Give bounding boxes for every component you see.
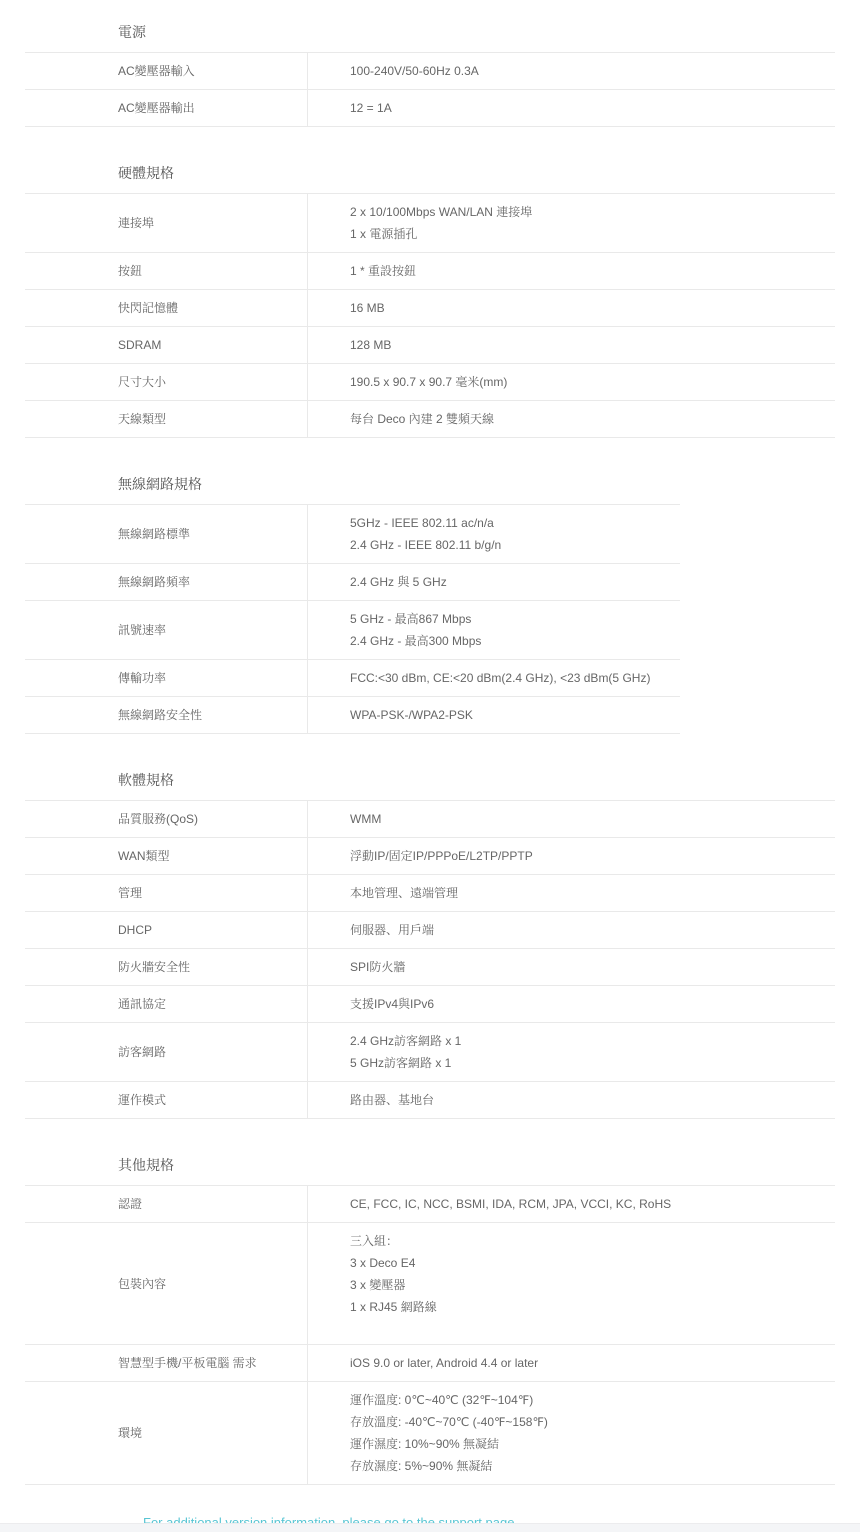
- spec-value-line: 運作溫度: 0℃~40℃ (32℉~104℉): [350, 1389, 825, 1411]
- spec-label: 按鈕: [25, 253, 308, 289]
- spec-row: 訊號速率5 GHz - 最高867 Mbps2.4 GHz - 最高300 Mb…: [25, 601, 680, 660]
- spec-value-line: 2 x 10/100Mbps WAN/LAN 連接埠: [350, 201, 825, 223]
- spec-value-line: 1 x 電源插孔: [350, 223, 825, 245]
- spec-label-text: 無線網路安全性: [118, 704, 202, 726]
- spec-label-text: 通訊協定: [118, 993, 166, 1015]
- spec-value: 支援IPv4與IPv6: [308, 986, 835, 1022]
- spec-value: 路由器、基地台: [308, 1082, 835, 1118]
- spec-value: 伺服器、用戶端: [308, 912, 835, 948]
- spec-value: 5 GHz - 最高867 Mbps2.4 GHz - 最高300 Mbps: [308, 601, 680, 659]
- spec-value-line: 本地管理、遠端管理: [350, 882, 825, 904]
- spec-value: 12 = 1A: [308, 90, 835, 126]
- spec-label: WAN類型: [25, 838, 308, 874]
- spec-label: 管理: [25, 875, 308, 911]
- spec-section: 無線網路規格無線網路標準5GHz - IEEE 802.11 ac/n/a2.4…: [25, 474, 680, 734]
- spec-row: WAN類型浮動IP/固定IP/PPPoE/L2TP/PPTP: [25, 838, 835, 875]
- spec-value-line: 1 x RJ45 網路線: [350, 1296, 825, 1318]
- spec-label: 包裝內容: [25, 1223, 308, 1344]
- section-title: 無線網路規格: [25, 474, 680, 494]
- spec-row: 防火牆安全性SPI防火牆: [25, 949, 835, 986]
- spec-label-text: 天線類型: [118, 408, 166, 430]
- spec-value: SPI防火牆: [308, 949, 835, 985]
- spec-value-line: 2.4 GHz - 最高300 Mbps: [350, 630, 670, 652]
- spec-label-text: 無線網路頻率: [118, 571, 190, 593]
- spec-label: 無線網路標準: [25, 505, 308, 563]
- spec-row: 無線網路標準5GHz - IEEE 802.11 ac/n/a2.4 GHz -…: [25, 505, 680, 564]
- spec-value-line: 存放濕度: 5%~90% 無凝結: [350, 1455, 825, 1477]
- spec-value: CE, FCC, IC, NCC, BSMI, IDA, RCM, JPA, V…: [308, 1186, 835, 1222]
- spec-label: 環境: [25, 1382, 308, 1484]
- spec-value: iOS 9.0 or later, Android 4.4 or later: [308, 1345, 835, 1381]
- spec-value-line: 每台 Deco 內建 2 雙頻天線: [350, 408, 825, 430]
- spec-value: 190.5 x 90.7 x 90.7 毫米(mm): [308, 364, 835, 400]
- spec-value-line: SPI防火牆: [350, 956, 825, 978]
- spec-section: 電源AC變壓器輸入100-240V/50-60Hz 0.3AAC變壓器輸出12 …: [25, 22, 835, 127]
- spec-value-line: 2.4 GHz - IEEE 802.11 b/g/n: [350, 534, 670, 556]
- spec-value-line: 存放溫度: -40℃~70℃ (-40℉~158℉): [350, 1411, 825, 1433]
- spec-row: 認證CE, FCC, IC, NCC, BSMI, IDA, RCM, JPA,…: [25, 1186, 835, 1223]
- spec-row: 無線網路安全性WPA-PSK-/WPA2-PSK: [25, 697, 680, 734]
- spec-section: 其他規格認證CE, FCC, IC, NCC, BSMI, IDA, RCM, …: [25, 1155, 835, 1485]
- spec-value: 本地管理、遠端管理: [308, 875, 835, 911]
- spec-value: 2.4 GHz訪客網路 x 15 GHz訪客網路 x 1: [308, 1023, 835, 1081]
- spec-value: 128 MB: [308, 327, 835, 363]
- spec-section: 軟體規格品質服務(QoS)WMMWAN類型浮動IP/固定IP/PPPoE/L2T…: [25, 770, 835, 1119]
- spec-value: 浮動IP/固定IP/PPPoE/L2TP/PPTP: [308, 838, 835, 874]
- spec-value: 5GHz - IEEE 802.11 ac/n/a2.4 GHz - IEEE …: [308, 505, 680, 563]
- spec-label-text: 智慧型手機/平板電腦 需求: [118, 1352, 257, 1374]
- spec-value: 每台 Deco 內建 2 雙頻天線: [308, 401, 835, 437]
- spec-label-text: 包裝內容: [118, 1273, 166, 1295]
- spec-rows: 認證CE, FCC, IC, NCC, BSMI, IDA, RCM, JPA,…: [25, 1185, 835, 1485]
- spec-label: 品質服務(QoS): [25, 801, 308, 837]
- spec-value-line: 伺服器、用戶端: [350, 919, 825, 941]
- section-title: 硬體規格: [25, 163, 835, 183]
- spec-value: 2.4 GHz 與 5 GHz: [308, 564, 680, 600]
- spec-value: 運作溫度: 0℃~40℃ (32℉~104℉)存放溫度: -40℃~70℃ (-…: [308, 1382, 835, 1484]
- spec-label: 尺寸大小: [25, 364, 308, 400]
- spec-label: 傳輸功率: [25, 660, 308, 696]
- spec-value: 2 x 10/100Mbps WAN/LAN 連接埠1 x 電源插孔: [308, 194, 835, 252]
- spec-value-line: 三入組：: [350, 1230, 825, 1252]
- spec-label-text: 訊號速率: [118, 619, 166, 641]
- spec-row: 品質服務(QoS)WMM: [25, 801, 835, 838]
- spec-row: 管理本地管理、遠端管理: [25, 875, 835, 912]
- spec-label-text: 品質服務(QoS): [118, 808, 198, 830]
- spec-value: WMM: [308, 801, 835, 837]
- spec-label: 防火牆安全性: [25, 949, 308, 985]
- spec-label: SDRAM: [25, 327, 308, 363]
- spec-label: 連接埠: [25, 194, 308, 252]
- spec-value-line: 190.5 x 90.7 x 90.7 毫米(mm): [350, 371, 825, 393]
- spec-label-text: WAN類型: [118, 845, 170, 867]
- spec-label: AC變壓器輸入: [25, 53, 308, 89]
- spec-label: 運作模式: [25, 1082, 308, 1118]
- spec-value: 100-240V/50-60Hz 0.3A: [308, 53, 835, 89]
- spec-label-text: SDRAM: [118, 334, 161, 356]
- spec-value-line: 16 MB: [350, 297, 825, 319]
- bottom-strip: [0, 1523, 860, 1532]
- spec-rows: 品質服務(QoS)WMMWAN類型浮動IP/固定IP/PPPoE/L2TP/PP…: [25, 800, 835, 1119]
- spec-label: 訊號速率: [25, 601, 308, 659]
- spec-row: 傳輸功率FCC:<30 dBm, CE:<20 dBm(2.4 GHz), <2…: [25, 660, 680, 697]
- spec-label: 通訊協定: [25, 986, 308, 1022]
- spec-rows: 無線網路標準5GHz - IEEE 802.11 ac/n/a2.4 GHz -…: [25, 504, 680, 734]
- spec-value-line: WPA-PSK-/WPA2-PSK: [350, 704, 670, 726]
- spec-value: 16 MB: [308, 290, 835, 326]
- spec-row: DHCP伺服器、用戶端: [25, 912, 835, 949]
- spec-label-text: 連接埠: [118, 212, 154, 234]
- spec-label-text: DHCP: [118, 919, 152, 941]
- section-title: 電源: [25, 22, 835, 42]
- spec-value-line: 128 MB: [350, 334, 825, 356]
- spec-label-text: 認證: [118, 1193, 142, 1215]
- spec-value-line: 3 x 變壓器: [350, 1274, 825, 1296]
- spec-row: SDRAM128 MB: [25, 327, 835, 364]
- spec-row: 智慧型手機/平板電腦 需求iOS 9.0 or later, Android 4…: [25, 1345, 835, 1382]
- spec-label-text: 快閃記憶體: [118, 297, 178, 319]
- spec-row: 按鈕1 * 重設按鈕: [25, 253, 835, 290]
- spec-value-line: WMM: [350, 808, 825, 830]
- spec-rows: AC變壓器輸入100-240V/50-60Hz 0.3AAC變壓器輸出12 = …: [25, 52, 835, 127]
- spec-value-line: 浮動IP/固定IP/PPPoE/L2TP/PPTP: [350, 845, 825, 867]
- spec-value-line: 2.4 GHz訪客網路 x 1: [350, 1030, 825, 1052]
- spec-row: 天線類型每台 Deco 內建 2 雙頻天線: [25, 401, 835, 438]
- spec-value-line: FCC:<30 dBm, CE:<20 dBm(2.4 GHz), <23 dB…: [350, 667, 670, 689]
- spec-label: 智慧型手機/平板電腦 需求: [25, 1345, 308, 1381]
- spec-value-line: 運作濕度: 10%~90% 無凝結: [350, 1433, 825, 1455]
- spec-rows: 連接埠2 x 10/100Mbps WAN/LAN 連接埠1 x 電源插孔按鈕1…: [25, 193, 835, 438]
- spec-label-text: AC變壓器輸出: [118, 97, 195, 119]
- spec-value-line: 5GHz - IEEE 802.11 ac/n/a: [350, 512, 670, 534]
- spec-row: 訪客網路2.4 GHz訪客網路 x 15 GHz訪客網路 x 1: [25, 1023, 835, 1082]
- spec-label-text: AC變壓器輸入: [118, 60, 195, 82]
- spec-label: AC變壓器輸出: [25, 90, 308, 126]
- spec-value-line: iOS 9.0 or later, Android 4.4 or later: [350, 1352, 825, 1374]
- spec-label: 無線網路安全性: [25, 697, 308, 733]
- spec-row: 尺寸大小190.5 x 90.7 x 90.7 毫米(mm): [25, 364, 835, 401]
- spec-sections: 電源AC變壓器輸入100-240V/50-60Hz 0.3AAC變壓器輸出12 …: [25, 22, 860, 1485]
- spec-page: 電源AC變壓器輸入100-240V/50-60Hz 0.3AAC變壓器輸出12 …: [0, 0, 860, 1532]
- spec-value-line: 支援IPv4與IPv6: [350, 993, 825, 1015]
- spec-table: 電源AC變壓器輸入100-240V/50-60Hz 0.3AAC變壓器輸出12 …: [25, 0, 860, 1531]
- spec-label: 訪客網路: [25, 1023, 308, 1081]
- spec-value-line: 100-240V/50-60Hz 0.3A: [350, 60, 825, 82]
- spec-value-line: 3 x Deco E4: [350, 1252, 825, 1274]
- spec-label-text: 環境: [118, 1422, 142, 1444]
- spec-label: 天線類型: [25, 401, 308, 437]
- section-title: 其他規格: [25, 1155, 835, 1175]
- spec-label: 無線網路頻率: [25, 564, 308, 600]
- spec-label-text: 尺寸大小: [118, 371, 166, 393]
- spec-value-line: CE, FCC, IC, NCC, BSMI, IDA, RCM, JPA, V…: [350, 1193, 825, 1215]
- spec-label-text: 無線網路標準: [118, 523, 190, 545]
- spec-label-text: 訪客網路: [118, 1041, 166, 1063]
- spec-label-text: 管理: [118, 882, 142, 904]
- spec-value-line: 1 * 重設按鈕: [350, 260, 825, 282]
- spec-row: 通訊協定支援IPv4與IPv6: [25, 986, 835, 1023]
- spec-label-text: 運作模式: [118, 1089, 166, 1111]
- spec-label: 認證: [25, 1186, 308, 1222]
- spec-value-line: 12 = 1A: [350, 97, 825, 119]
- spec-label-text: 傳輸功率: [118, 667, 166, 689]
- spec-value-line: 5 GHz - 最高867 Mbps: [350, 608, 670, 630]
- spec-row: 運作模式路由器、基地台: [25, 1082, 835, 1119]
- spec-row: AC變壓器輸入100-240V/50-60Hz 0.3A: [25, 53, 835, 90]
- spec-label-text: 按鈕: [118, 260, 142, 282]
- section-title: 軟體規格: [25, 770, 835, 790]
- spec-label: DHCP: [25, 912, 308, 948]
- spec-section: 硬體規格連接埠2 x 10/100Mbps WAN/LAN 連接埠1 x 電源插…: [25, 163, 835, 438]
- spec-label: 快閃記憶體: [25, 290, 308, 326]
- spec-row: 連接埠2 x 10/100Mbps WAN/LAN 連接埠1 x 電源插孔: [25, 194, 835, 253]
- spec-value: FCC:<30 dBm, CE:<20 dBm(2.4 GHz), <23 dB…: [308, 660, 680, 696]
- spec-value-line: 路由器、基地台: [350, 1089, 825, 1111]
- spec-value-line: 2.4 GHz 與 5 GHz: [350, 571, 670, 593]
- spec-label-text: 防火牆安全性: [118, 956, 190, 978]
- spec-row: 包裝內容三入組：3 x Deco E43 x 變壓器1 x RJ45 網路線: [25, 1223, 835, 1345]
- spec-value: 1 * 重設按鈕: [308, 253, 835, 289]
- spec-row: 快閃記憶體16 MB: [25, 290, 835, 327]
- spec-row: AC變壓器輸出12 = 1A: [25, 90, 835, 127]
- spec-value: WPA-PSK-/WPA2-PSK: [308, 697, 680, 733]
- spec-row: 環境運作溫度: 0℃~40℃ (32℉~104℉)存放溫度: -40℃~70℃ …: [25, 1382, 835, 1485]
- spec-row: 無線網路頻率2.4 GHz 與 5 GHz: [25, 564, 680, 601]
- spec-value-line: 5 GHz訪客網路 x 1: [350, 1052, 825, 1074]
- spec-value: 三入組：3 x Deco E43 x 變壓器1 x RJ45 網路線: [308, 1223, 835, 1344]
